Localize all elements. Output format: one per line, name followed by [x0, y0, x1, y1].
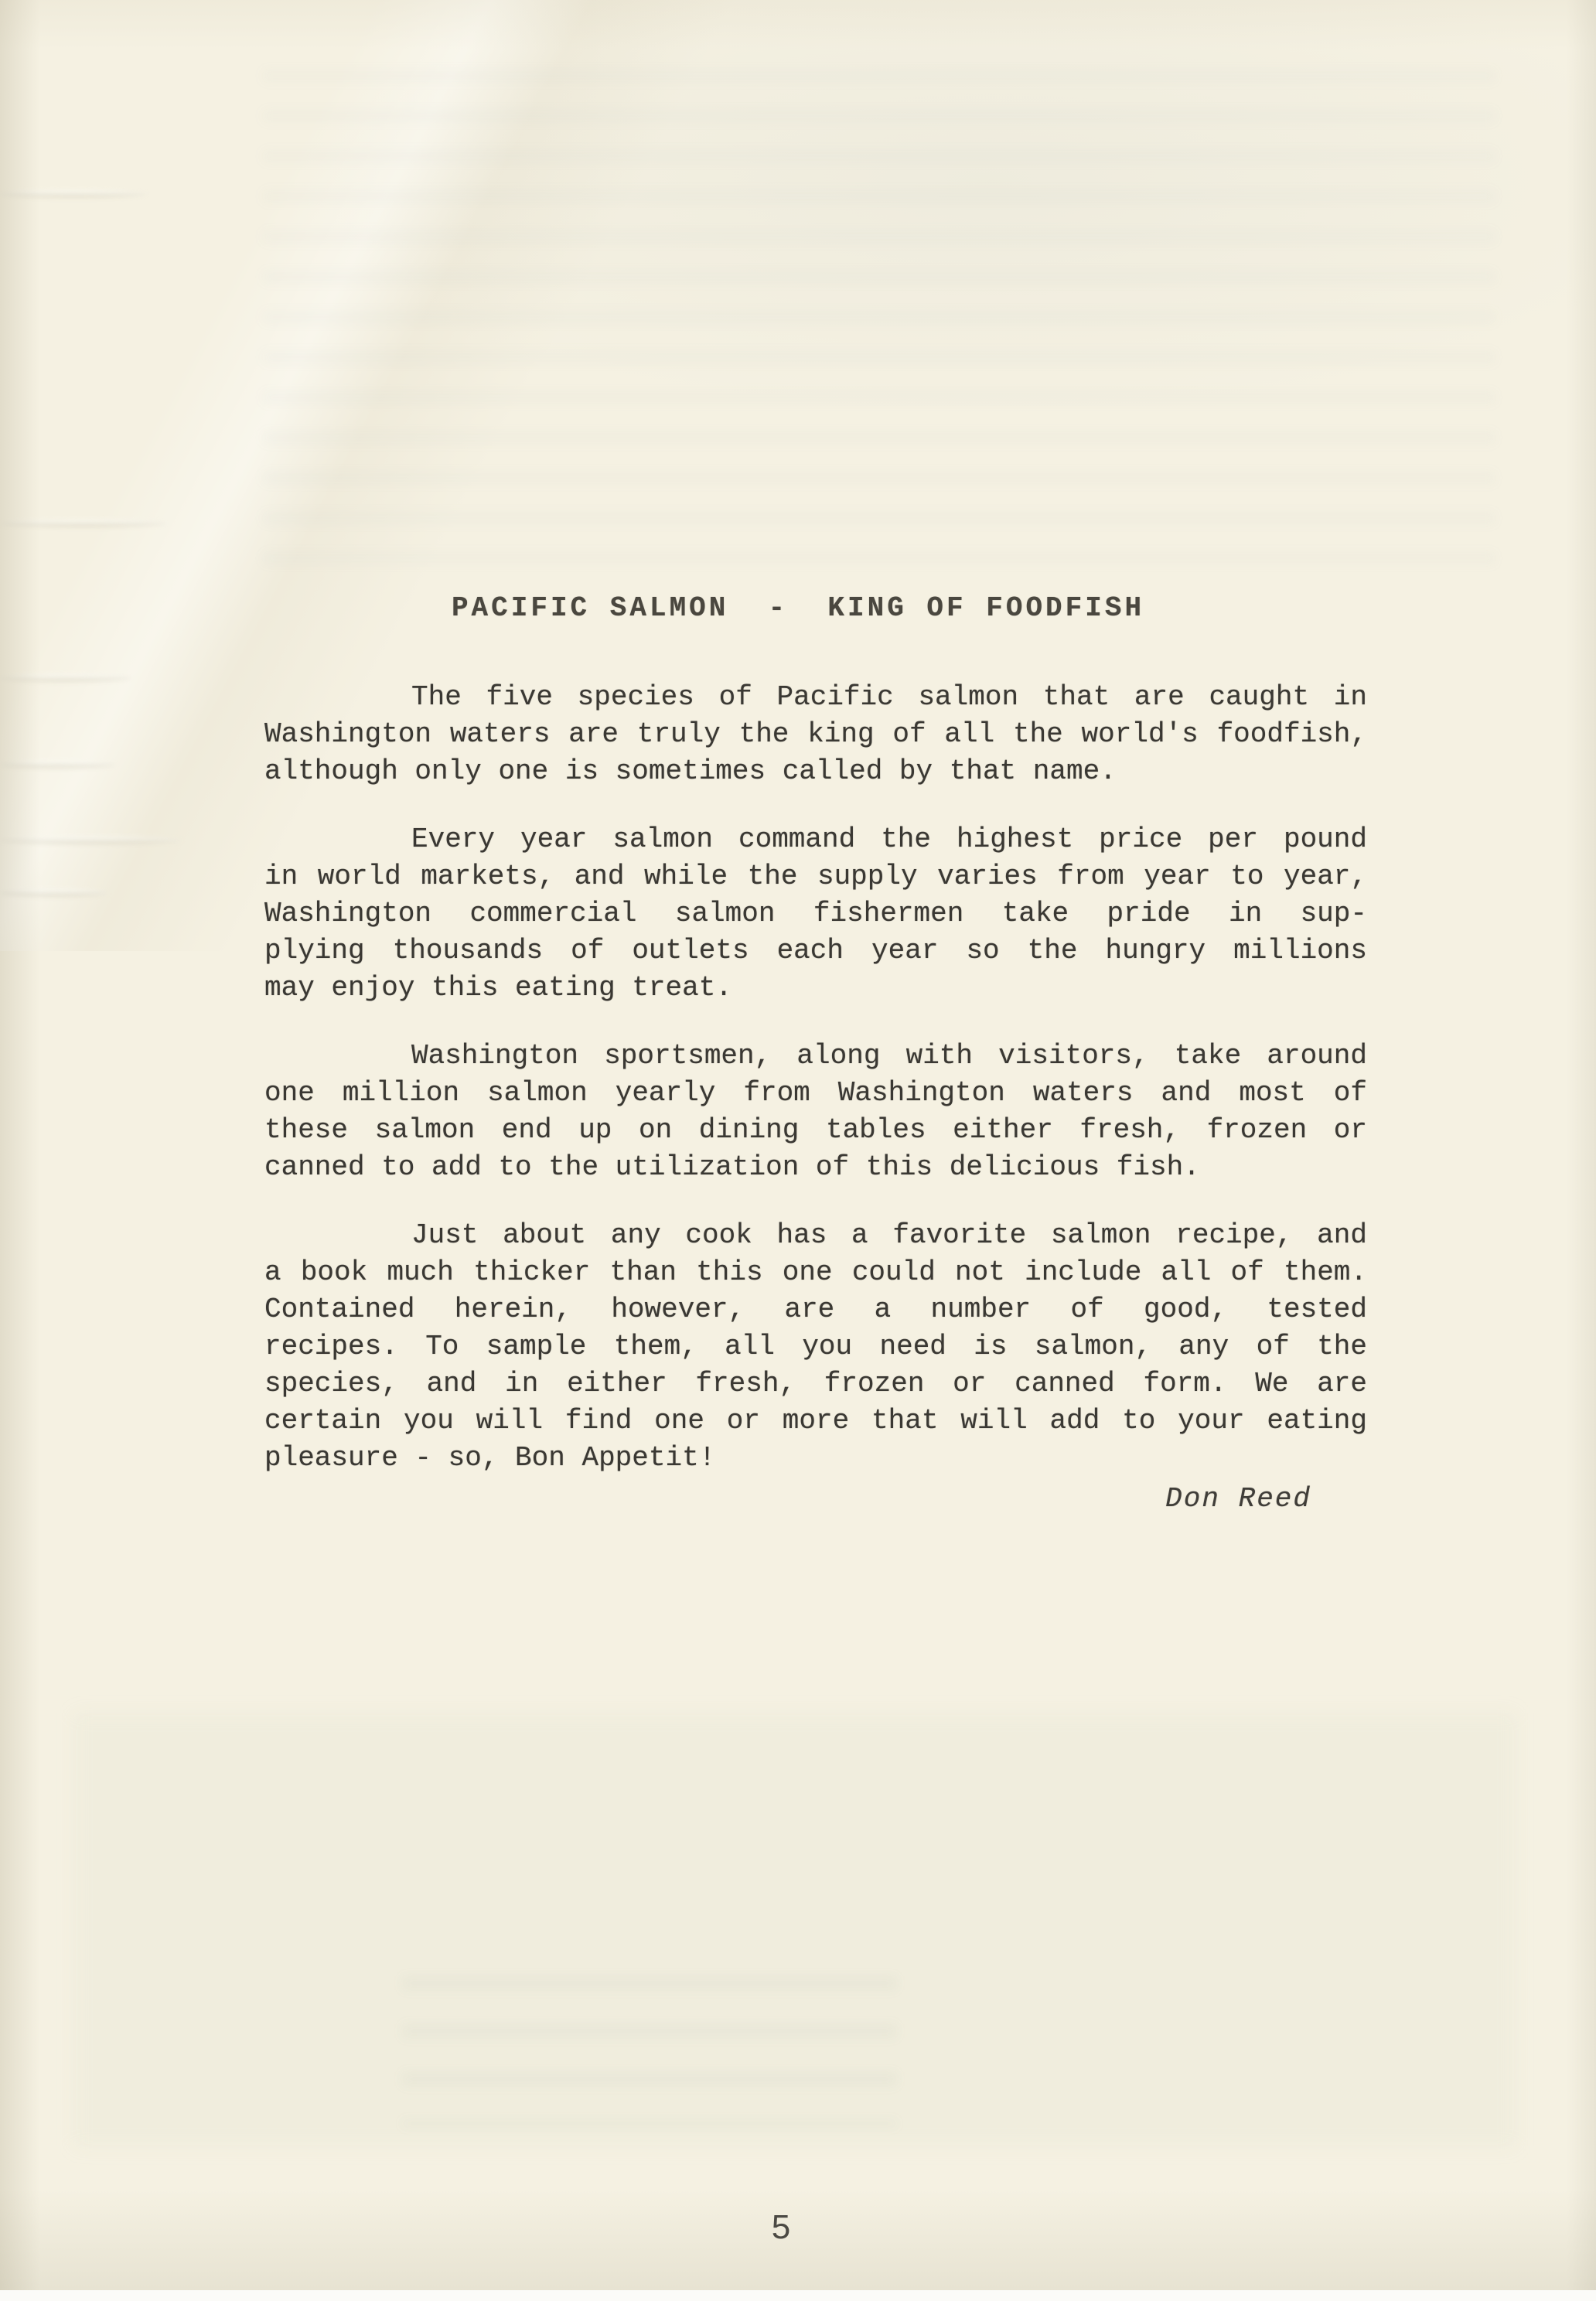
text-line: Washington sportsmen, along with visitor… — [264, 1038, 1367, 1075]
body-text: The five species of Pacific salmon that … — [264, 679, 1367, 1508]
text-line: Just about any cook has a favorite salmo… — [264, 1217, 1367, 1254]
scanner-edge-strip — [0, 2290, 1596, 2301]
text-line: these salmon end up on dining tables eit… — [264, 1112, 1367, 1149]
page-title: PACIFIC SALMON - KING OF FOODFISH — [0, 592, 1596, 624]
text-line: canned to add to the utilization of this… — [264, 1149, 1367, 1186]
text-line: Every year salmon command the highest pr… — [264, 821, 1367, 858]
page-number: 5 — [0, 2208, 1562, 2247]
text-line: pleasure - so, Bon Appetit! — [264, 1440, 1367, 1477]
ink-bleedthrough-top — [263, 70, 1495, 588]
text-line: plying thousands of outlets each year so… — [264, 932, 1367, 970]
text-line: in world markets, and while the supply v… — [264, 858, 1367, 895]
paragraph-1: The five species of Pacific salmon that … — [264, 679, 1367, 790]
scanned-page: PACIFIC SALMON - KING OF FOODFISH The fi… — [0, 0, 1596, 2301]
text-line: although only one is sometimes called by… — [264, 753, 1367, 790]
text-line: Washington commercial salmon fishermen t… — [264, 895, 1367, 932]
text-line: recipes. To sample them, all you need is… — [264, 1328, 1367, 1365]
page-edge-shadow-right — [1567, 0, 1596, 2301]
text-line: may enjoy this eating treat. — [264, 970, 1367, 1007]
text-line: one million salmon yearly from Washingto… — [264, 1075, 1367, 1112]
text-line: Washington waters are truly the king of … — [264, 716, 1367, 753]
text-line: Contained herein, however, are a number … — [264, 1291, 1367, 1328]
text-line: certain you will find one or more that w… — [264, 1403, 1367, 1440]
author-signature: Don Reed — [264, 1483, 1367, 1515]
paragraph-3: Washington sportsmen, along with visitor… — [264, 1038, 1367, 1186]
page-edge-shadow-top — [0, 0, 1596, 49]
paragraph-2: Every year salmon command the highest pr… — [264, 821, 1367, 1007]
text-line: species, and in either fresh, frozen or … — [264, 1365, 1367, 1403]
ink-bleedthrough-bottom — [402, 1976, 897, 2127]
text-line: The five species of Pacific salmon that … — [264, 679, 1367, 716]
paragraph-4: Just about any cook has a favorite salmo… — [264, 1217, 1367, 1477]
text-line: a book much thicker than this one could … — [264, 1254, 1367, 1291]
page-edge-shadow-left — [0, 0, 40, 2301]
